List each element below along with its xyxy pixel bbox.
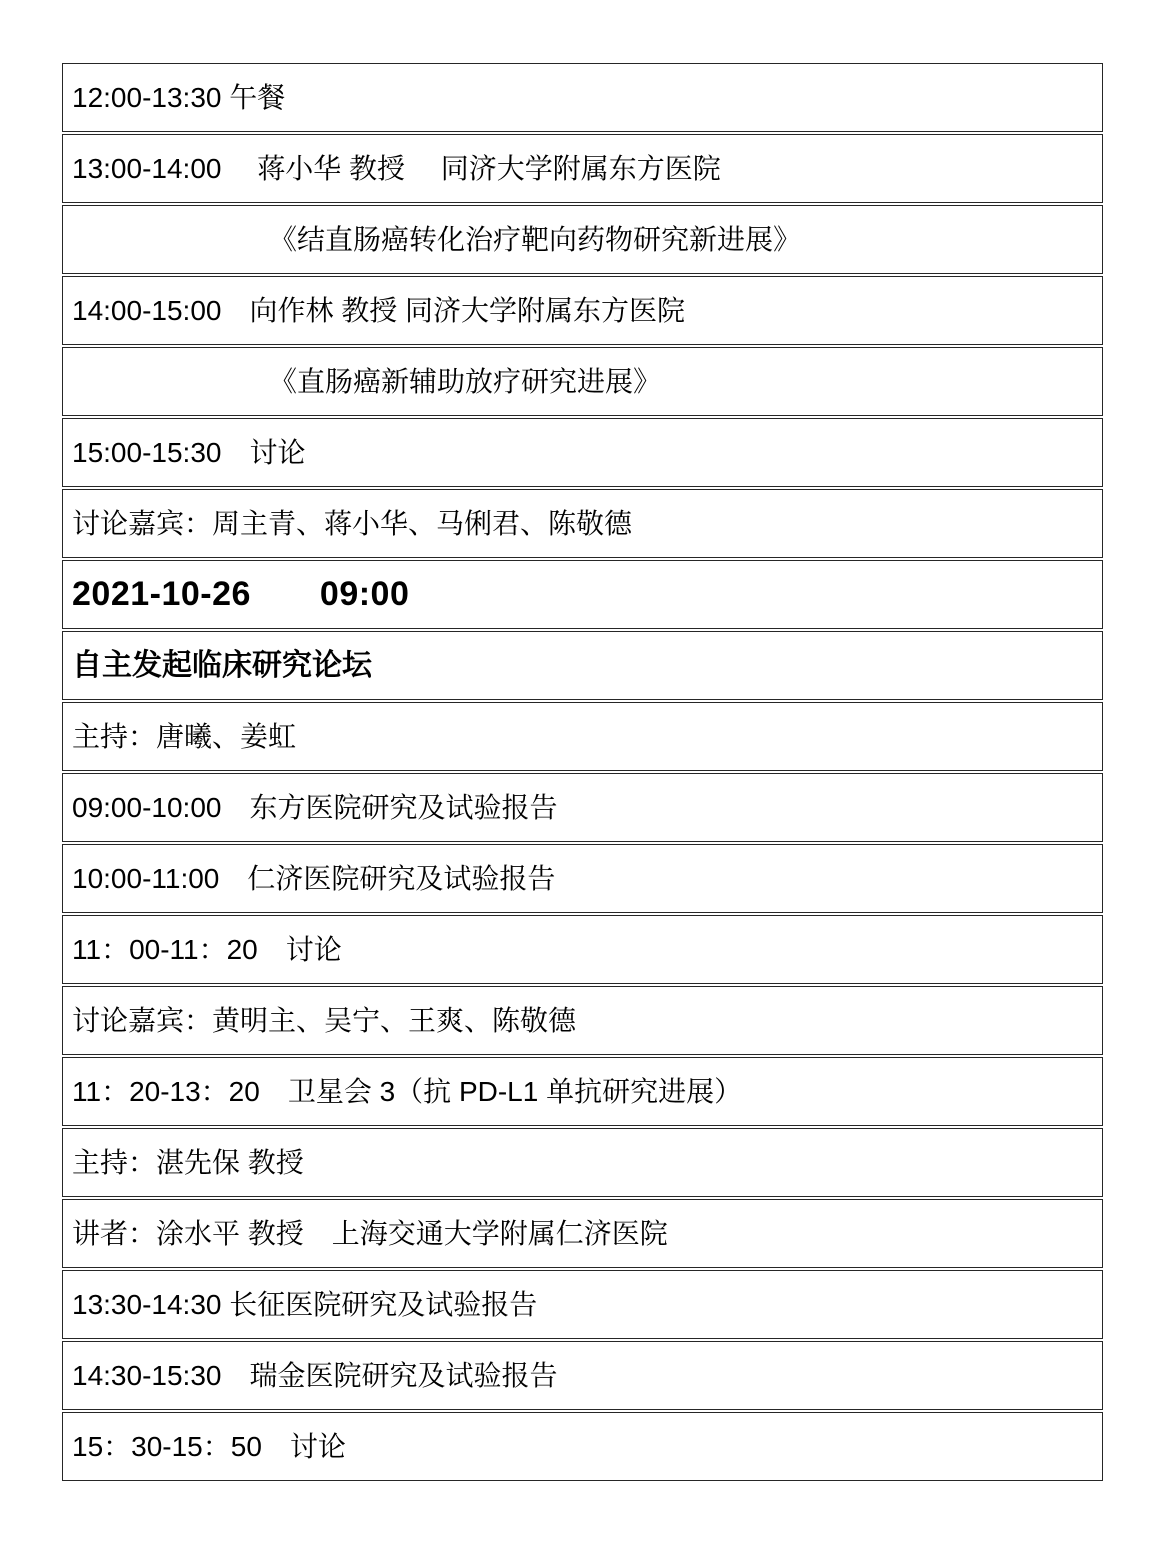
schedule-row-text: 12:00-13:30 午餐 <box>72 81 285 115</box>
schedule-row-text: 主持：湛先保 教授 <box>72 1146 304 1180</box>
schedule-row-report: 09:00-10:00 东方医院研究及试验报告 <box>62 773 1103 842</box>
schedule-row-talk-title: 《结直肠癌转化治疗靶向药物研究新进展》 <box>62 205 1103 274</box>
schedule-row-hosts: 主持：唐曦、姜虹 <box>62 702 1103 771</box>
schedule-row-satellite-session: 11：20-13：20 卫星会 3（抗 PD-L1 单抗研究进展） <box>62 1057 1103 1126</box>
date-heading-text: 2021-10-26 09:00 <box>72 574 409 615</box>
schedule-row-report: 10:00-11:00 仁济医院研究及试验报告 <box>62 844 1103 913</box>
schedule-row-text: 15：30-15：50 讨论 <box>72 1430 346 1464</box>
forum-title-text: 自主发起临床研究论坛 <box>72 648 372 684</box>
schedule-row-text: 11：00-11：20 讨论 <box>72 933 342 967</box>
schedule-row-text: 《结直肠癌转化治疗靶向药物研究新进展》 <box>269 223 801 257</box>
schedule-row-lecturer: 讲者：涂水平 教授 上海交通大学附属仁济医院 <box>62 1199 1103 1268</box>
schedule-row-text: 14:30-15:30 瑞金医院研究及试验报告 <box>72 1359 557 1393</box>
schedule-row-discussion: 15:00-15:30 讨论 <box>62 418 1103 487</box>
conference-agenda-table: 12:00-13:30 午餐 13:00-14:00 蒋小华 教授 同济大学附属… <box>62 63 1103 1481</box>
schedule-row-text: 11：20-13：20 卫星会 3（抗 PD-L1 单抗研究进展） <box>72 1075 742 1109</box>
schedule-row-speaker: 13:00-14:00 蒋小华 教授 同济大学附属东方医院 <box>62 134 1103 203</box>
schedule-row-text: 09:00-10:00 东方医院研究及试验报告 <box>72 791 557 825</box>
schedule-row-text: 13:30-14:30 长征医院研究及试验报告 <box>72 1288 537 1322</box>
schedule-row-text: 15:00-15:30 讨论 <box>72 436 305 470</box>
forum-title-row: 自主发起临床研究论坛 <box>62 631 1103 700</box>
schedule-row-text: 14:00-15:00 向作林 教授 同济大学附属东方医院 <box>72 294 685 328</box>
schedule-row-discussion-guests: 讨论嘉宾：周主青、蒋小华、马俐君、陈敬德 <box>62 489 1103 558</box>
schedule-row-text: 主持：唐曦、姜虹 <box>72 720 296 754</box>
schedule-row-text: 13:00-14:00 蒋小华 教授 同济大学附属东方医院 <box>72 152 721 186</box>
schedule-row-text: 讨论嘉宾：周主青、蒋小华、马俐君、陈敬德 <box>72 507 632 541</box>
schedule-row-talk-title: 《直肠癌新辅助放疗研究进展》 <box>62 347 1103 416</box>
schedule-row-report: 14:30-15:30 瑞金医院研究及试验报告 <box>62 1341 1103 1410</box>
schedule-row-discussion-guests: 讨论嘉宾：黄明主、吴宁、王爽、陈敬德 <box>62 986 1103 1055</box>
schedule-row-text: 讨论嘉宾：黄明主、吴宁、王爽、陈敬德 <box>72 1004 576 1038</box>
schedule-row-report: 13:30-14:30 长征医院研究及试验报告 <box>62 1270 1103 1339</box>
schedule-row-lunch: 12:00-13:30 午餐 <box>62 63 1103 132</box>
schedule-row-text: 《直肠癌新辅助放疗研究进展》 <box>269 365 661 399</box>
schedule-row-hosts: 主持：湛先保 教授 <box>62 1128 1103 1197</box>
schedule-row-text: 10:00-11:00 仁济医院研究及试验报告 <box>72 862 555 896</box>
schedule-row-speaker: 14:00-15:00 向作林 教授 同济大学附属东方医院 <box>62 276 1103 345</box>
schedule-row-discussion: 15：30-15：50 讨论 <box>62 1412 1103 1481</box>
schedule-row-text: 讲者：涂水平 教授 上海交通大学附属仁济医院 <box>72 1217 668 1251</box>
schedule-row-discussion: 11：00-11：20 讨论 <box>62 915 1103 984</box>
date-heading-row: 2021-10-26 09:00 <box>62 560 1103 629</box>
